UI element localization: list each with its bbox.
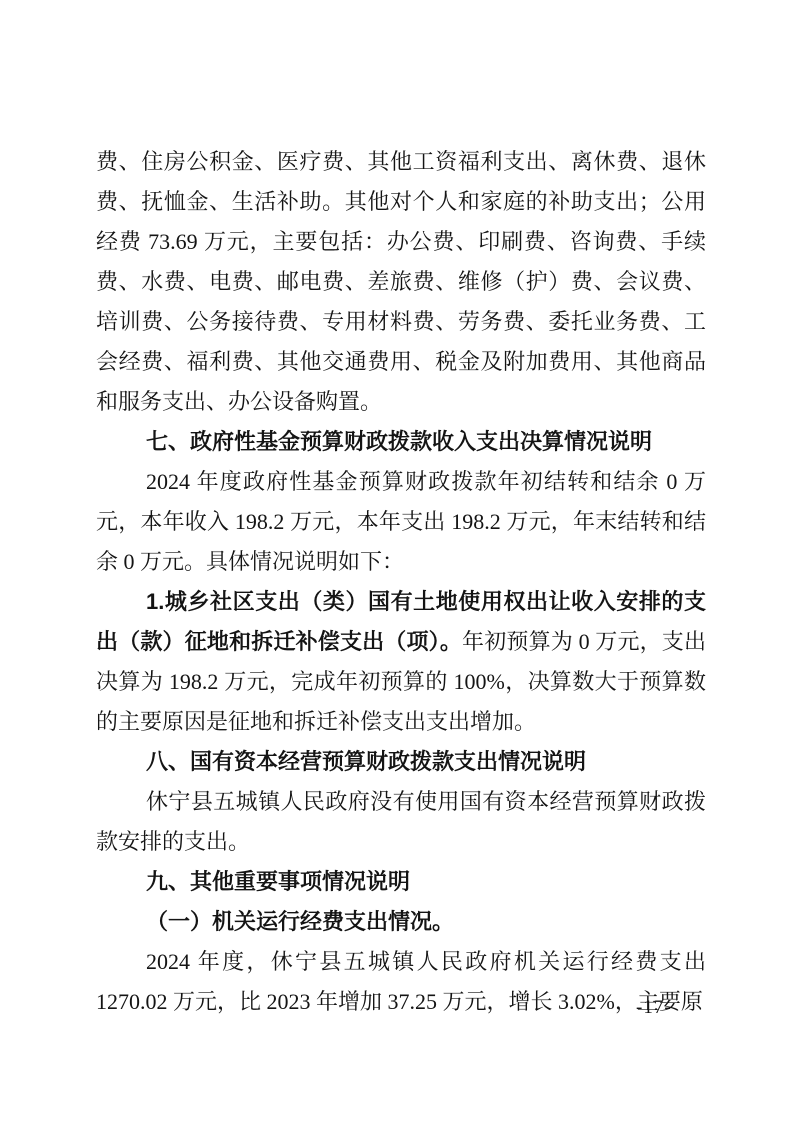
heading-section-9: 九、其他重要事项情况说明	[96, 862, 706, 902]
heading-text: 七、政府性基金预算财政拨款收入支出决算情况说明	[146, 429, 652, 454]
para-operating-expense: 2024 年度，休宁县五城镇人民政府机关运行经费支出 1270.02 万元，比 …	[96, 942, 706, 1022]
para-state-capital: 休宁县五城镇人民政府没有使用国有资本经营预算财政拨款安排的支出。	[96, 782, 706, 862]
para-expense-detail-continuation: 费、住房公积金、医疗费、其他工资福利支出、离休费、退休费、抚恤金、生活补助。其他…	[96, 142, 706, 422]
body-text: 费、住房公积金、医疗费、其他工资福利支出、离休费、退休费、抚恤金、生活补助。其他…	[96, 149, 706, 414]
document-page: 费、住房公积金、医疗费、其他工资福利支出、离休费、退休费、抚恤金、生活补助。其他…	[0, 0, 793, 1122]
body-text: 2024 年度政府性基金预算财政拨款年初结转和结余 0 万元，本年收入 198.…	[96, 469, 706, 574]
page-number: -17-	[636, 996, 672, 1020]
heading-text: 八、国有资本经营预算财政拨款支出情况说明	[146, 749, 586, 774]
heading-section-9-1: （一）机关运行经费支出情况。	[96, 902, 706, 942]
para-urban-rural-item: 1.城乡社区支出（类）国有土地使用权出让收入安排的支出（款）征地和拆迁补偿支出（…	[96, 582, 706, 742]
body-text: 2024 年度，休宁县五城镇人民政府机关运行经费支出 1270.02 万元，比 …	[96, 949, 706, 1014]
heading-text: 九、其他重要事项情况说明	[146, 869, 410, 894]
heading-section-8: 八、国有资本经营预算财政拨款支出情况说明	[96, 742, 706, 782]
heading-text: （一）机关运行经费支出情况。	[146, 909, 454, 934]
para-gov-fund-summary: 2024 年度政府性基金预算财政拨款年初结转和结余 0 万元，本年收入 198.…	[96, 462, 706, 582]
body-text: 休宁县五城镇人民政府没有使用国有资本经营预算财政拨款安排的支出。	[96, 789, 706, 854]
document-content: 费、住房公积金、医疗费、其他工资福利支出、离休费、退休费、抚恤金、生活补助。其他…	[96, 142, 706, 1022]
heading-section-7: 七、政府性基金预算财政拨款收入支出决算情况说明	[96, 422, 706, 462]
